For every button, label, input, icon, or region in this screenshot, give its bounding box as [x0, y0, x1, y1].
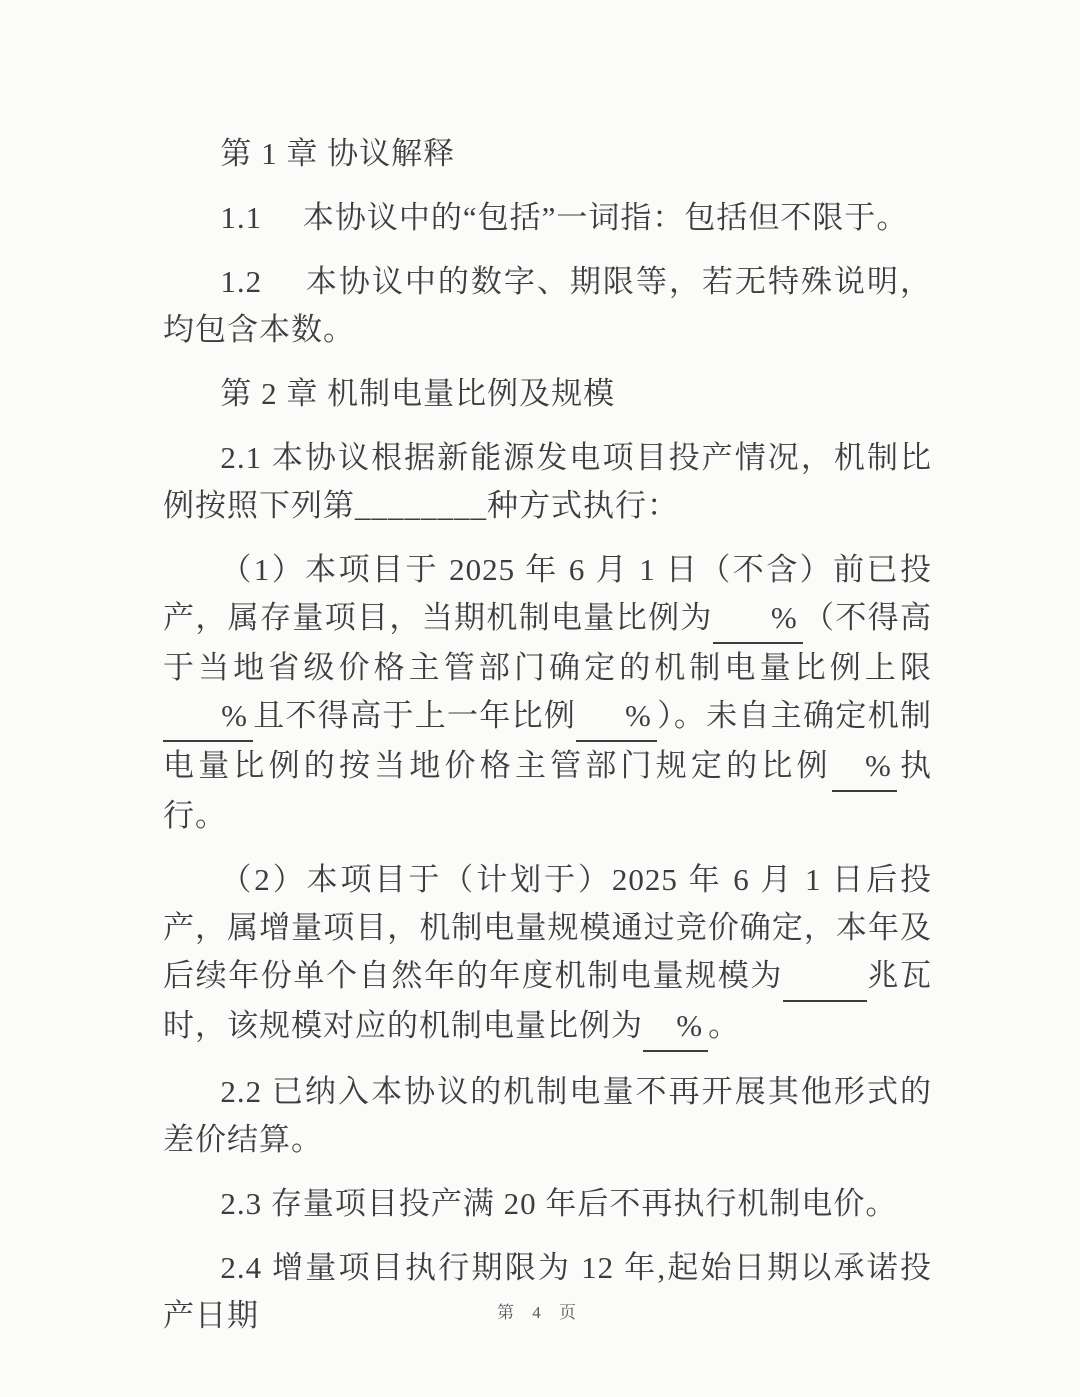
chapter-heading: 第 1 章 协议解释: [163, 130, 932, 178]
fill-in-blank: %: [576, 692, 657, 742]
paragraph: 2.3 存量项目投产满 20 年后不再执行机制电价。: [163, 1180, 932, 1228]
text-run: 第 2 章 机制电量比例及规模: [220, 376, 615, 411]
chapter-heading: 第 2 章 机制电量比例及规模: [163, 370, 932, 418]
document-body: 第 1 章 协议解释1.1 本协议中的“包括”一词指：包括但不限于。1.2 本协…: [163, 130, 932, 1340]
paragraph: 2.2 已纳入本协议的机制电量不再开展其他形式的差价结算。: [163, 1068, 932, 1164]
paragraph: 2.1 本协议根据新能源发电项目投产情况，机制比例按照下列第________种方…: [163, 434, 932, 530]
fill-in-blank: %: [163, 692, 253, 742]
text-run: 2.3 存量项目投产满 20 年后不再执行机制电价。: [220, 1186, 897, 1221]
fill-in-blank: %: [643, 1002, 708, 1052]
paragraph: 1.2 本协议中的数字、期限等，若无特殊说明，均包含本数。: [163, 258, 932, 354]
paragraph: （1）本项目于 2025 年 6 月 1 日（不含）前已投产，属存量项目，当期机…: [163, 546, 932, 840]
text-run: 。: [708, 1008, 740, 1043]
paragraph: 2.4 增量项目执行期限为 12 年,起始日期以承诺投产日期: [163, 1244, 932, 1340]
fill-in-blank: [783, 952, 867, 1002]
paragraph: 1.1 本协议中的“包括”一词指：包括但不限于。: [163, 194, 932, 242]
fill-in-blank: ________: [355, 488, 487, 523]
text-run: 2.2 已纳入本协议的机制电量不再开展其他形式的差价结算。: [163, 1074, 932, 1157]
text-run: 1.1 本协议中的“包括”一词指：包括但不限于。: [220, 200, 908, 235]
fill-in-blank: %: [832, 742, 897, 792]
fill-in-blank: %: [713, 594, 803, 644]
text-run: 第 1 章 协议解释: [220, 136, 455, 171]
page-number: 第 4 页: [0, 1298, 1080, 1323]
text-run: 种方式执行：: [487, 488, 679, 523]
text-run: 1.2 本协议中的数字、期限等，若无特殊说明，均包含本数。: [163, 264, 932, 347]
text-run: 且不得高于上一年比例: [253, 698, 576, 733]
document-page: 第 1 章 协议解释1.1 本协议中的“包括”一词指：包括但不限于。1.2 本协…: [0, 0, 1080, 1397]
paragraph: （2）本项目于（计划于）2025 年 6 月 1 日后投产，属增量项目，机制电量…: [163, 856, 932, 1052]
